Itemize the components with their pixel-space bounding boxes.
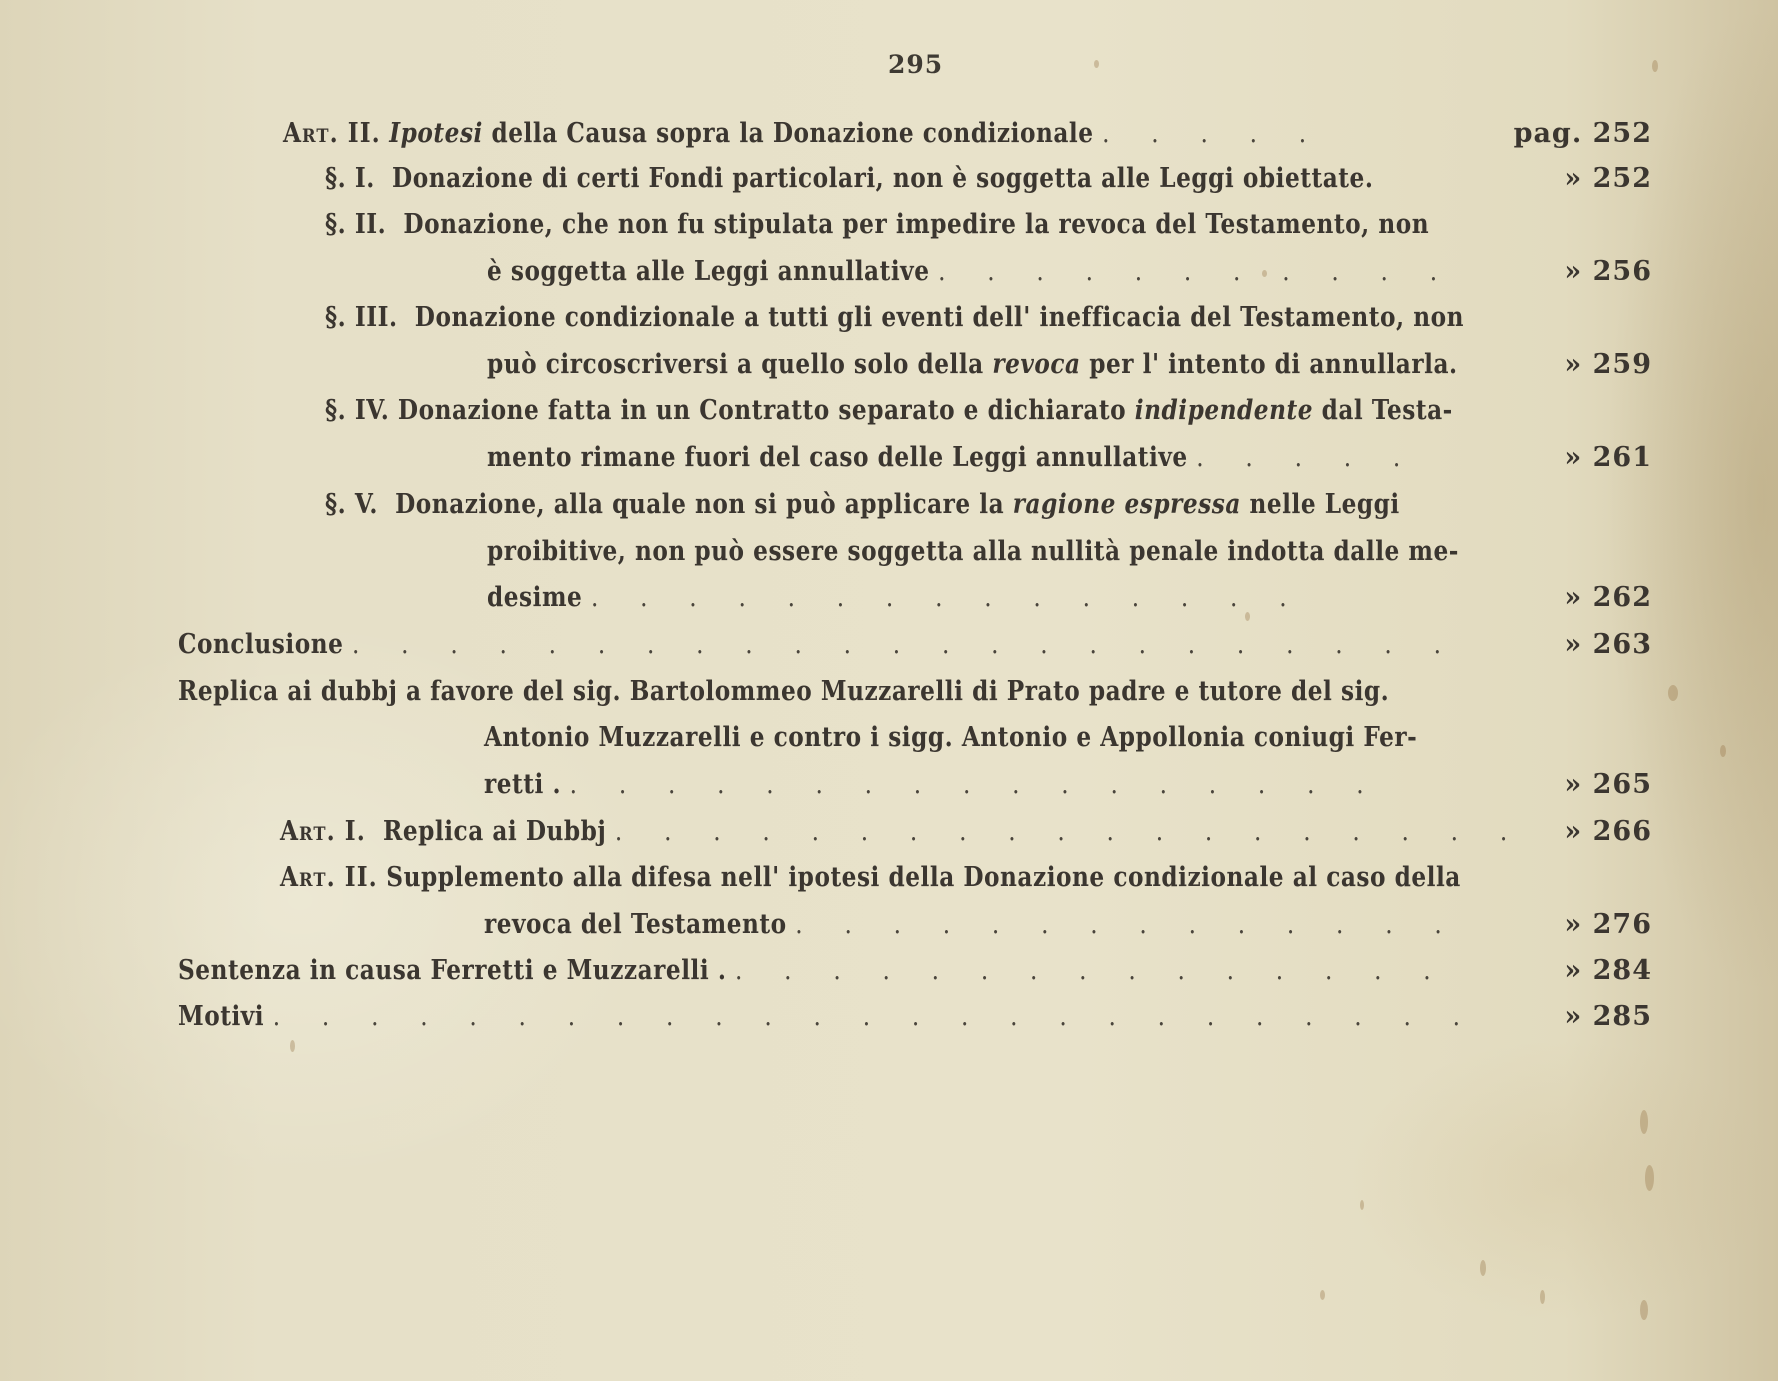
page-ref: » 256	[1564, 252, 1652, 292]
leader-dots: . . . . . . . . . . . . . . . . . . .	[615, 816, 1525, 847]
entry-label: Art. II.	[280, 862, 378, 893]
leader-dots: . . . . . . . . . . . . . . . . . . . . …	[273, 1001, 1477, 1032]
toc-entry-line: Conclusione . . . . . . . . . . . . . . …	[178, 625, 1458, 665]
page-value: 285	[1593, 1001, 1652, 1032]
leader-dots: . . . . . . . . . . . . . . .	[735, 955, 1448, 986]
leader-dots: . . . . . . . . . . . . . . . . .	[570, 769, 1381, 800]
entry-title: Sentenza in causa Ferretti e Muzzarelli …	[178, 955, 726, 986]
leader-dots: . . . . . . . . . . . . . . .	[591, 582, 1304, 613]
entry-title: nelle Leggi	[1241, 489, 1400, 520]
toc-entry-line: §. V. Donazione, alla quale non si può a…	[325, 485, 1400, 525]
toc-entry-line: §. II. Donazione, che non fu stipulata p…	[325, 205, 1429, 245]
entry-title-italic: revoca	[992, 349, 1080, 380]
page-value: 261	[1593, 442, 1652, 473]
entry-label: §. V.	[325, 489, 378, 520]
page-ref: » 285	[1564, 997, 1652, 1037]
page-prefix: »	[1564, 582, 1582, 613]
toc-entry-line: §. III. Donazione condizionale a tutti g…	[325, 298, 1464, 338]
leader-dots: . . . . . . . . . . .	[938, 256, 1454, 287]
page-value: 284	[1593, 955, 1652, 986]
leader-dots: . . . . . . . . . . . . . .	[795, 909, 1459, 940]
page-value: 266	[1593, 816, 1652, 847]
entry-title: Motivi	[178, 1001, 264, 1032]
entry-title-italic: Ipotesi	[389, 118, 483, 149]
page-value: 276	[1593, 909, 1652, 940]
toc-entry-continuation: retti . . . . . . . . . . . . . . . . . …	[484, 765, 1381, 805]
entry-title: Replica ai Dubbj	[383, 816, 606, 847]
toc-entry-continuation: può circoscriversi a quello solo della r…	[487, 345, 1458, 385]
toc-entry-line: Motivi . . . . . . . . . . . . . . . . .…	[178, 997, 1477, 1037]
entry-label: Art. II.	[283, 118, 381, 149]
entry-title: Supplemento alla difesa nell' ipotesi de…	[386, 862, 1461, 893]
page-ref: » 265	[1564, 765, 1652, 805]
foxing-spot	[1640, 1110, 1648, 1134]
page-prefix: »	[1564, 349, 1582, 380]
toc-entry-continuation: proibitive, non può essere soggetta alla…	[487, 532, 1459, 572]
foxing-spot	[1360, 1200, 1364, 1210]
page-ref: » 284	[1564, 951, 1652, 991]
page-prefix: »	[1564, 629, 1582, 660]
page-ref: » 276	[1564, 905, 1652, 945]
page-prefix: »	[1564, 442, 1582, 473]
page-ref: » 266	[1564, 812, 1652, 852]
leader-dots: . . . . .	[1102, 118, 1323, 149]
toc-entry-line: Art. II. Supplemento alla difesa nell' i…	[280, 858, 1461, 898]
entry-title: proibitive, non può essere soggetta alla…	[487, 536, 1459, 567]
toc-entry-continuation: desime . . . . . . . . . . . . . . .	[487, 578, 1304, 618]
entry-title: retti .	[484, 769, 561, 800]
page-value: 262	[1593, 582, 1652, 613]
page-value: 256	[1593, 256, 1652, 287]
entry-title: Donazione, che non fu stipulata per impe…	[403, 209, 1429, 240]
page-prefix: »	[1564, 163, 1582, 194]
leader-dots: . . . . .	[1196, 442, 1417, 473]
toc-entry-line: Art. I. Replica ai Dubbj . . . . . . . .…	[280, 812, 1524, 852]
entry-title: Antonio Muzzarelli e contro i sigg. Anto…	[484, 722, 1417, 753]
foxing-spot	[1640, 1300, 1648, 1320]
toc-entry-line: §. I. Donazione di certi Fondi particola…	[325, 159, 1373, 199]
page-value: 252	[1593, 163, 1652, 194]
entry-label: §. I.	[325, 163, 375, 194]
entry-title: Conclusione	[178, 629, 343, 660]
entry-title: Donazione di certi Fondi particolari, no…	[392, 163, 1373, 194]
toc-entry-line: Sentenza in causa Ferretti e Muzzarelli …	[178, 951, 1448, 991]
toc-entry-line: Replica ai dubbj a favore del sig. Barto…	[178, 672, 1389, 712]
toc-entry-continuation: mento rimane fuori del caso delle Leggi …	[487, 438, 1418, 478]
entry-title: può circoscriversi a quello solo della	[487, 349, 992, 380]
page-ref: » 262	[1564, 578, 1652, 618]
foxing-spot	[1320, 1290, 1325, 1300]
entry-title-italic: ragione espressa	[1013, 489, 1241, 520]
entry-title-italic: indipendente	[1135, 395, 1313, 426]
entry-title: desime	[487, 582, 582, 613]
page-value: 265	[1593, 769, 1652, 800]
entry-title: della Causa sopra la Donazione condizion…	[483, 118, 1094, 149]
foxing-spot	[1480, 1260, 1486, 1276]
entry-label: §. IV.	[325, 395, 389, 426]
page-prefix: »	[1564, 816, 1582, 847]
entry-title: Replica ai dubbj a favore del sig. Barto…	[178, 676, 1389, 707]
page-prefix: »	[1564, 909, 1582, 940]
toc-entry-continuation: revoca del Testamento . . . . . . . . . …	[484, 905, 1459, 945]
foxing-spot	[1645, 1165, 1654, 1191]
book-page: 295 Art. II. Ipotesi della Causa sopra l…	[0, 0, 1778, 1381]
page-value: 263	[1593, 629, 1652, 660]
foxing-spot	[1094, 60, 1099, 68]
page-value: 252	[1593, 118, 1652, 149]
page-ref: » 259	[1564, 345, 1652, 385]
foxing-spot	[290, 1040, 295, 1052]
leader-dots: . . . . . . . . . . . . . . . . . . . . …	[352, 629, 1458, 660]
entry-title: dal Testa-	[1313, 395, 1453, 426]
entry-label: Art. I.	[280, 816, 366, 847]
entry-label: §. III.	[325, 302, 398, 333]
foxing-spot	[1668, 685, 1678, 701]
entry-title: Donazione, alla quale non si può applica…	[395, 489, 1013, 520]
entry-title: per l' intento di annullarla.	[1081, 349, 1458, 380]
page-prefix: »	[1564, 769, 1582, 800]
entry-title: mento rimane fuori del caso delle Leggi …	[487, 442, 1188, 473]
page-ref: pag. 252	[1514, 114, 1652, 154]
entry-title: è soggetta alle Leggi annullative	[487, 256, 929, 287]
toc-entry-line: Art. II. Ipotesi della Causa sopra la Do…	[283, 114, 1323, 154]
foxing-spot	[1652, 60, 1658, 72]
page-prefix: »	[1564, 1001, 1582, 1032]
toc-entry-continuation: Antonio Muzzarelli e contro i sigg. Anto…	[484, 718, 1417, 758]
entry-title: Donazione fatta in un Contratto separato…	[398, 395, 1135, 426]
page-ref: » 263	[1564, 625, 1652, 665]
page-prefix: »	[1564, 955, 1582, 986]
page-ref: » 261	[1564, 438, 1652, 478]
page-prefix: pag.	[1514, 118, 1583, 149]
page-prefix: »	[1564, 256, 1582, 287]
toc-entry-line: §. IV. Donazione fatta in un Contratto s…	[325, 391, 1453, 431]
page-ref: » 252	[1564, 159, 1652, 199]
entry-label: §. II.	[325, 209, 386, 240]
toc-entry-continuation: è soggetta alle Leggi annullative . . . …	[487, 252, 1454, 292]
page-value: 259	[1593, 349, 1652, 380]
entry-title: revoca del Testamento	[484, 909, 787, 940]
foxing-spot	[1540, 1290, 1545, 1304]
page-number: 295	[888, 50, 938, 79]
foxing-spot	[1720, 745, 1726, 757]
entry-title: Donazione condizionale a tutti gli event…	[415, 302, 1464, 333]
